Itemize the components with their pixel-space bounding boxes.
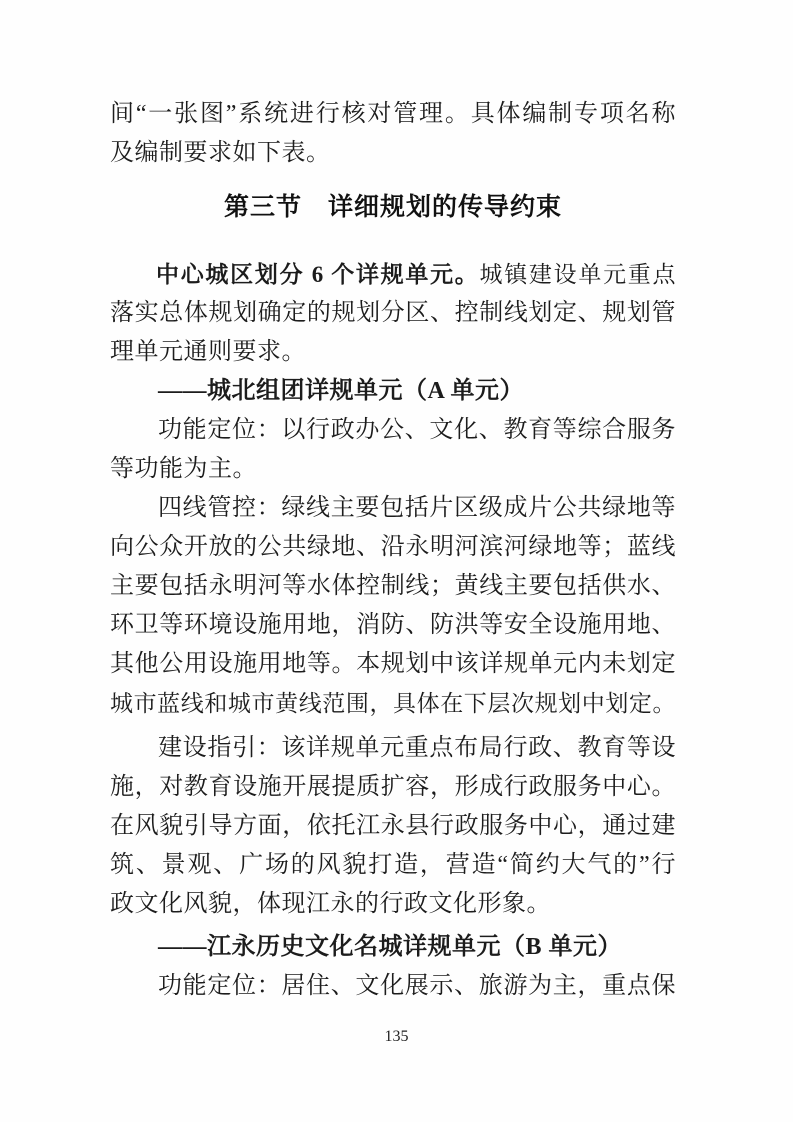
text-line: 及编制要求如下表。 [110,134,676,173]
text-segment: 城市蓝线和城市黄线范围，具体在下层次规划中划定。 [110,691,676,716]
page-number: 135 [0,1026,793,1048]
text-line: 主要包括永明河等水体控制线；黄线主要包括供水、 [110,567,676,606]
text-segment: 建设指引：该详规单元重点布局行政、教育等设 [158,735,676,761]
text-line: 等功能为主。 [110,450,676,489]
text-line: 建设指引：该详规单元重点布局行政、教育等设 [110,729,676,768]
text-line: 四线管控：绿线主要包括片区级成片公共绿地等 [110,489,676,528]
text-line: 城市蓝线和城市黄线范围，具体在下层次规划中划定。 [110,684,676,723]
text-segment: 城镇建设单元重点 [480,262,677,287]
text-line: 功能定位：以行政办公、文化、教育等综合服务 [110,411,676,450]
text-segment: 其他公用设施用地等。本规划中该详规单元内未划定 [110,651,676,677]
bold-text-segment: ——城北组团详规单元（A 单元） [158,378,524,404]
text-line: ——江永历史文化名城详规单元（B 单元） [110,928,676,967]
bold-text-segment: 中心城区划分 6 个详规单元。 [156,262,480,287]
text-line: 理单元通则要求。 [110,333,676,372]
detail-units-overview-paragraph: 中心城区划分 6 个详规单元。城镇建设单元重点落实总体规划确定的规划分区、控制线… [110,255,676,372]
document-page: 间“一张图”系统进行核对管理。具体编制专项名称及编制要求如下表。第三节 详细规划… [0,0,793,1122]
unit-b-subheading: ——江永历史文化名城详规单元（B 单元） [110,928,676,967]
text-segment: 及编制要求如下表。 [110,140,331,166]
bold-text-segment: ——江永历史文化名城详规单元（B 单元） [158,934,622,960]
text-line: 功能定位：居住、文化展示、旅游为主，重点保 [110,967,676,1006]
text-segment: 四线管控：绿线主要包括片区级成片公共绿地等 [158,495,676,521]
text-segment: 政文化风貌，体现江永的行政文化形象。 [110,891,551,917]
unit-a-four-lines-paragraph: 四线管控：绿线主要包括片区级成片公共绿地等向公众开放的公共绿地、沿永明河滨河绿地… [110,489,676,723]
text-line: 其他公用设施用地等。本规划中该详规单元内未划定 [110,645,676,684]
text-line: 施，对教育设施开展提质扩容，形成行政服务中心。 [110,768,676,807]
text-line: 在风貌引导方面，依托江永县行政服务中心，通过建 [110,807,676,846]
text-segment: 等功能为主。 [110,456,257,482]
unit-a-guidance-paragraph: 建设指引：该详规单元重点布局行政、教育等设施，对教育设施开展提质扩容，形成行政服… [110,729,676,924]
text-line: 环卫等环境设施用地，消防、防洪等安全设施用地、 [110,606,676,645]
text-segment: 环卫等环境设施用地，消防、防洪等安全设施用地、 [110,612,676,638]
text-segment: 主要包括永明河等水体控制线；黄线主要包括供水、 [110,573,676,599]
unit-a-subheading: ——城北组团详规单元（A 单元） [110,372,676,411]
text-segment: 功能定位：居住、文化展示、旅游为主，重点保 [158,973,676,999]
unit-a-function-paragraph: 功能定位：以行政办公、文化、教育等综合服务等功能为主。 [110,411,676,489]
text-line: 中心城区划分 6 个详规单元。城镇建设单元重点 [110,255,676,294]
text-segment: 在风貌引导方面，依托江永县行政服务中心，通过建 [110,813,676,839]
text-segment: 理单元通则要求。 [110,339,306,365]
text-line: 政文化风貌，体现江永的行政文化形象。 [110,885,676,924]
intro-continuation-paragraph: 间“一张图”系统进行核对管理。具体编制专项名称及编制要求如下表。 [110,95,676,173]
text-segment: 间“一张图”系统进行核对管理。具体编制专项名称 [110,101,676,127]
text-line: 间“一张图”系统进行核对管理。具体编制专项名称 [110,95,676,134]
text-segment: 向公众开放的公共绿地、沿永明河滨河绿地等；蓝线 [110,534,676,560]
text-segment: 功能定位：以行政办公、文化、教育等综合服务 [158,417,676,443]
text-line: 落实总体规划确定的规划分区、控制线划定、规划管 [110,294,676,333]
document-body: 间“一张图”系统进行核对管理。具体编制专项名称及编制要求如下表。第三节 详细规划… [110,95,676,1006]
unit-b-function-paragraph: 功能定位：居住、文化展示、旅游为主，重点保 [110,967,676,1006]
text-line: ——城北组团详规单元（A 单元） [110,372,676,411]
text-segment: 筑、景观、广场的风貌打造，营造“简约大气的”行 [110,852,676,878]
text-line: 筑、景观、广场的风貌打造，营造“简约大气的”行 [110,846,676,885]
section-3-heading: 第三节 详细规划的传导约束 [110,187,676,227]
text-segment: 施，对教育设施开展提质扩容，形成行政服务中心。 [110,774,676,800]
text-segment: 落实总体规划确定的规划分区、控制线划定、规划管 [110,300,676,326]
text-line: 向公众开放的公共绿地、沿永明河滨河绿地等；蓝线 [110,528,676,567]
